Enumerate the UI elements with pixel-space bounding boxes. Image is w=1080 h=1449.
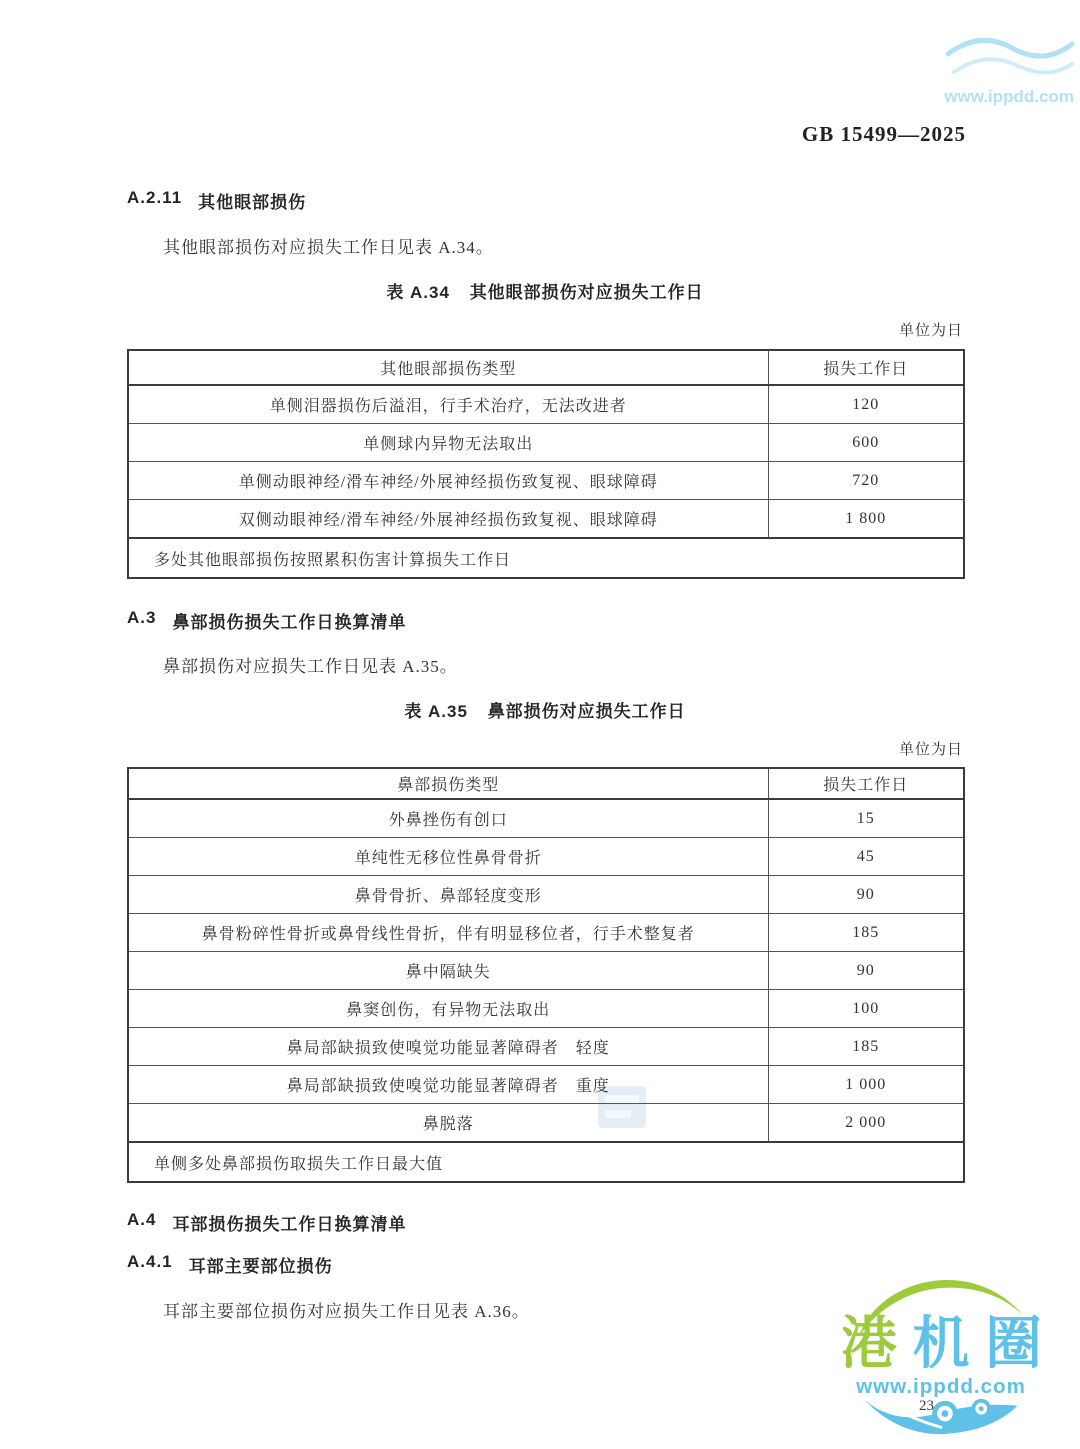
section-title: 鼻部损伤损失工作日换算清单 xyxy=(172,608,406,633)
page-number: 23 xyxy=(919,1398,934,1415)
logo-char-gang: 港 xyxy=(843,1313,897,1376)
intro-paragraph: 其他眼部损伤对应损失工作日见表 A.34。 xyxy=(163,233,494,258)
days-cell: 720 xyxy=(768,462,964,500)
corner-watermark-url: www.ippdd.com xyxy=(943,87,1074,106)
table-header-row: 鼻部损伤类型 损失工作日 xyxy=(128,768,964,799)
table-row: 鼻局部缺损致使嗅觉功能显著障碍者 轻度 185 xyxy=(128,1028,964,1066)
col-header-lost-days: 损失工作日 xyxy=(768,350,964,385)
logo-top-wave-highlight-icon xyxy=(902,1291,963,1306)
table-row: 单侧泪器损伤后溢泪，行手术治疗，无法改进者 120 xyxy=(128,385,964,424)
table-a35: 鼻部损伤类型 损失工作日 外鼻挫伤有创口 15 单纯性无移位性鼻骨骨折 45 鼻… xyxy=(127,767,965,1183)
days-cell: 1 800 xyxy=(768,500,964,539)
section-heading-a2-11: A.2.11 其他眼部损伤 xyxy=(127,188,306,213)
section-title: 其他眼部损伤 xyxy=(198,188,306,213)
section-title: 耳部损伤损失工作日换算清单 xyxy=(172,1210,406,1235)
logo-char-ji: 机 xyxy=(913,1313,970,1376)
table-footnote-row: 多处其他眼部损伤按照累积伤害计算损失工作日 xyxy=(128,538,964,578)
unit-label: 单位为日 xyxy=(127,738,963,759)
logo-char-quan: 圈 xyxy=(985,1313,1039,1376)
days-cell: 15 xyxy=(768,799,964,838)
table-row: 单纯性无移位性鼻骨骨折 45 xyxy=(128,838,964,876)
intro-paragraph: 耳部主要部位损伤对应损失工作日见表 A.36。 xyxy=(163,1297,530,1322)
days-cell: 45 xyxy=(768,838,964,876)
table-caption-title: 其他眼部损伤对应损失工作日 xyxy=(470,283,704,302)
site-logo-watermark: 港 机 圈 www.ippdd.com xyxy=(843,1243,1039,1443)
table-footnote-row: 单侧多处鼻部损伤取损失工作日最大值 xyxy=(128,1142,964,1182)
table-caption-number: 表 A.35 xyxy=(404,702,468,721)
logo-swirl-icon xyxy=(932,1401,957,1426)
days-cell: 2 000 xyxy=(768,1104,964,1143)
injury-type-cell: 鼻窦创伤，有异物无法取出 xyxy=(128,990,768,1028)
table-row: 鼻中隔缺失 90 xyxy=(128,952,964,990)
section-number: A.4.1 xyxy=(127,1252,173,1277)
days-cell: 1 000 xyxy=(768,1066,964,1104)
document-page: GB 15499—2025 www.ippdd.com A.2.11 其他眼部损… xyxy=(0,0,1080,1449)
days-cell: 90 xyxy=(768,952,964,990)
logo-top-wave-icon xyxy=(859,1280,1024,1337)
logo-swirl-icon xyxy=(937,1406,953,1422)
table-row: 单侧动眼神经/滑车神经/外展神经损伤致复视、眼球障碍 720 xyxy=(128,462,964,500)
table-row: 鼻窦创伤，有异物无法取出 100 xyxy=(128,990,964,1028)
injury-type-cell: 双侧动眼神经/滑车神经/外展神经损伤致复视、眼球障碍 xyxy=(128,500,768,539)
corner-watermark: www.ippdd.com xyxy=(940,20,1078,116)
table-a34: 其他眼部损伤类型 损失工作日 单侧泪器损伤后溢泪，行手术治疗，无法改进者 120… xyxy=(127,349,965,579)
col-header-injury-type: 鼻部损伤类型 xyxy=(128,768,768,799)
days-cell: 185 xyxy=(768,1028,964,1066)
table-row: 鼻局部缺损致使嗅觉功能显著障碍者 重度 1 000 xyxy=(128,1066,964,1104)
table-caption-number: 表 A.34 xyxy=(386,283,450,302)
logo-url: www.ippdd.com xyxy=(855,1375,1026,1398)
table-row: 单侧球内异物无法取出 600 xyxy=(128,424,964,462)
table-footnote: 单侧多处鼻部损伤取损失工作日最大值 xyxy=(128,1142,964,1182)
days-cell: 90 xyxy=(768,876,964,914)
section-title: 耳部主要部位损伤 xyxy=(189,1252,333,1277)
injury-type-cell: 外鼻挫伤有创口 xyxy=(128,799,768,838)
injury-type-cell: 鼻脱落 xyxy=(128,1104,768,1143)
table-row: 双侧动眼神经/滑车神经/外展神经损伤致复视、眼球障碍 1 800 xyxy=(128,500,964,539)
injury-type-cell: 鼻局部缺损致使嗅觉功能显著障碍者 重度 xyxy=(128,1066,768,1104)
section-number: A.3 xyxy=(127,608,156,633)
table-a35-caption: 表 A.35 鼻部损伤对应损失工作日 xyxy=(127,697,963,722)
section-number: A.4 xyxy=(127,1210,156,1235)
logo-swirl-icon xyxy=(941,1410,948,1417)
unit-label: 单位为日 xyxy=(127,319,963,340)
intro-paragraph: 鼻部损伤对应损失工作日见表 A.35。 xyxy=(163,652,458,677)
col-header-injury-type: 其他眼部损伤类型 xyxy=(128,350,768,385)
logo-bottom-wave-icon xyxy=(865,1400,1018,1434)
table-row: 鼻脱落 2 000 xyxy=(128,1104,964,1143)
injury-type-cell: 单纯性无移位性鼻骨骨折 xyxy=(128,838,768,876)
logo-swirl-icon xyxy=(979,1406,984,1411)
table-header-row: 其他眼部损伤类型 损失工作日 xyxy=(128,350,964,385)
injury-type-cell: 鼻中隔缺失 xyxy=(128,952,768,990)
table-footnote: 多处其他眼部损伤按照累积伤害计算损失工作日 xyxy=(128,538,964,578)
days-cell: 100 xyxy=(768,990,964,1028)
section-number: A.2.11 xyxy=(127,188,182,213)
table-caption-title: 鼻部损伤对应损失工作日 xyxy=(488,702,686,721)
injury-type-cell: 单侧球内异物无法取出 xyxy=(128,424,768,462)
logo-text: 港 机 圈 xyxy=(843,1313,1039,1376)
section-heading-a4-1: A.4.1 耳部主要部位损伤 xyxy=(127,1252,333,1277)
injury-type-cell: 单侧动眼神经/滑车神经/外展神经损伤致复视、眼球障碍 xyxy=(128,462,768,500)
logo-swirl-icon xyxy=(975,1403,987,1415)
days-cell: 600 xyxy=(768,424,964,462)
injury-type-cell: 鼻局部缺损致使嗅觉功能显著障碍者 轻度 xyxy=(128,1028,768,1066)
doc-code: GB 15499—2025 xyxy=(802,122,966,147)
days-cell: 185 xyxy=(768,914,964,952)
table-row: 鼻骨粉碎性骨折或鼻骨线性骨折，伴有明显移位者，行手术整复者 185 xyxy=(128,914,964,952)
injury-type-cell: 鼻骨粉碎性骨折或鼻骨线性骨折，伴有明显移位者，行手术整复者 xyxy=(128,914,768,952)
table-a34-caption: 表 A.34 其他眼部损伤对应损失工作日 xyxy=(127,278,963,303)
table-row: 鼻骨骨折、鼻部轻度变形 90 xyxy=(128,876,964,914)
days-cell: 120 xyxy=(768,385,964,424)
logo-swirl-icon xyxy=(971,1399,991,1419)
injury-type-cell: 单侧泪器损伤后溢泪，行手术治疗，无法改进者 xyxy=(128,385,768,424)
section-heading-a4: A.4 耳部损伤损失工作日换算清单 xyxy=(127,1210,406,1235)
corner-wave-icon xyxy=(954,59,1072,72)
corner-wave-icon xyxy=(948,40,1072,56)
table-row: 外鼻挫伤有创口 15 xyxy=(128,799,964,838)
section-heading-a3: A.3 鼻部损伤损失工作日换算清单 xyxy=(127,608,406,633)
col-header-lost-days: 损失工作日 xyxy=(768,768,964,799)
injury-type-cell: 鼻骨骨折、鼻部轻度变形 xyxy=(128,876,768,914)
